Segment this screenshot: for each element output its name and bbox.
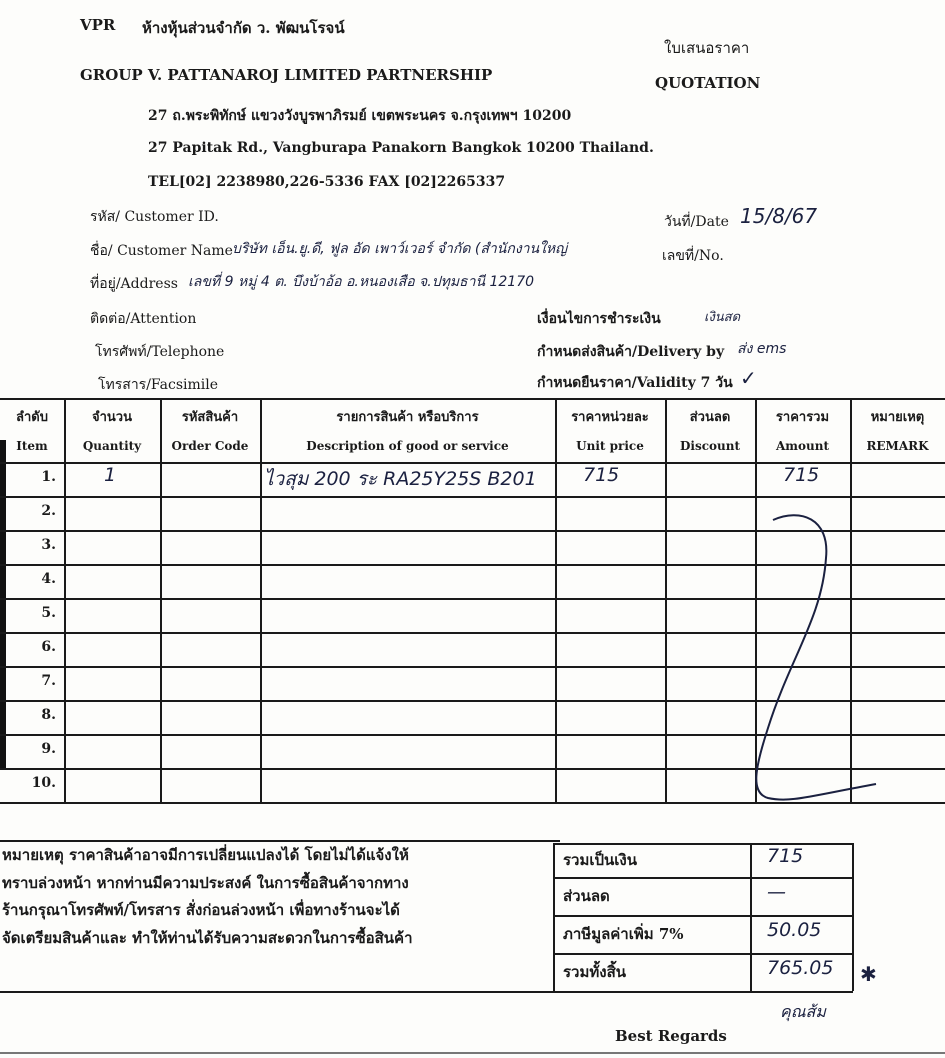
doc-title-th: ใบเสนอราคา	[664, 36, 749, 60]
validity-label: กำหนดยืนราคา/Validity 7 วัน	[537, 372, 733, 394]
attention-label: ติดต่อ/Attention	[90, 308, 196, 330]
summary-value: 715	[767, 845, 803, 867]
closing-text: Best Regards	[615, 1027, 727, 1045]
summary-row-vat: ภาษีมูลค่าเพิ่ม 7% 50.05	[555, 917, 853, 955]
company-address-en: 27 Papitak Rd., Vangburapa Panakorn Bang…	[148, 140, 654, 156]
telephone-label: โทรศัพท์/Telephone	[95, 341, 224, 363]
summary-row-discount: ส่วนลด —	[555, 879, 853, 917]
summary-label: ภาษีมูลค่าเพิ่ม 7%	[563, 922, 684, 946]
payment-label: เงื่อนไขการชำระเงิน	[537, 308, 661, 330]
date-label: วันที่/Date	[664, 211, 729, 233]
items-table: ลำดับItemจำนวนQuantityรหัสสินค้าOrder Co…	[0, 398, 945, 806]
delivery-value: ส่ง ems	[737, 338, 786, 360]
summary-value: —	[767, 881, 786, 903]
summary-label: รวมเป็นเงิน	[563, 848, 637, 872]
summary-label: ส่วนลด	[563, 884, 610, 908]
summary-label: รวมทั้งสิ้น	[563, 960, 626, 984]
note-line: หมายเหตุ ราคาสินค้าอาจมีการเปลี่ยนแปลงได…	[0, 842, 545, 870]
customer-name-label: ชื่อ/ Customer Name	[90, 240, 233, 262]
table-rule	[0, 802, 945, 804]
note-line: จัดเตรียมสินค้าและ ทำให้ท่านได้รับความสะ…	[0, 925, 545, 953]
company-name-en: GROUP V. PATTANAROJ LIMITED PARTNERSHIP	[80, 66, 492, 84]
summary-row-subtotal: รวมเป็นเงิน 715	[555, 843, 853, 879]
delivery-label: กำหนดส่งสินค้า/Delivery by	[537, 341, 724, 363]
note-line: ร้านกรุณาโทรศัพท์/โทรสาร สั่งก่อนล่วงหน้…	[0, 897, 545, 925]
company-contact: TEL[02] 2238980,226-5336 FAX [02]2265337	[148, 174, 505, 190]
note-bottom-border	[0, 991, 560, 993]
strike-through-stroke	[0, 398, 945, 802]
customer-name-value: บริษัท เอ็น.ยู.ดี, ฟูล อัด เพาว์เวอร์ จำ…	[232, 238, 567, 260]
doc-no-label: เลขที่/No.	[662, 245, 724, 267]
page-bottom-edge	[0, 1052, 945, 1054]
summary-value: 50.05	[767, 919, 821, 941]
customer-id-label: รหัส/ Customer ID.	[90, 206, 219, 228]
customer-address-value: เลขที่ 9 หมู่ 4 ต. บึงบ้าอ้อ อ.หนองเสือ …	[188, 271, 534, 293]
company-code: VPR	[80, 16, 115, 34]
payment-value: เงินสด	[704, 306, 740, 327]
signature: คุณส้ม	[780, 1000, 826, 1025]
company-name-th: ห้างหุ้นส่วนจำกัด ว. พัฒนโรจน์	[142, 16, 345, 40]
summary-table: รวมเป็นเงิน 715 ส่วนลด — ภาษีมูลค่าเพิ่ม…	[555, 843, 853, 993]
doc-title-en: QUOTATION	[655, 74, 760, 92]
summary-value: 765.05	[767, 957, 833, 979]
validity-check-icon: ✓	[740, 366, 757, 390]
asterisk-mark-icon: ✱	[860, 962, 877, 986]
fax-label: โทรสาร/Facsimile	[98, 374, 218, 396]
terms-note: หมายเหตุ ราคาสินค้าอาจมีการเปลี่ยนแปลงได…	[0, 842, 545, 992]
customer-address-label: ที่อยู่/Address	[90, 273, 178, 295]
note-line: ทราบล่วงหน้า หากท่านมีความประสงค์ ในการซ…	[0, 870, 545, 898]
date-value: 15/8/67	[740, 204, 817, 228]
company-address-th: 27 ถ.พระพิทักษ์ แขวงวังบูรพาภิรมย์ เขตพร…	[148, 105, 571, 127]
summary-row-total: รวมทั้งสิ้น 765.05	[555, 955, 853, 993]
